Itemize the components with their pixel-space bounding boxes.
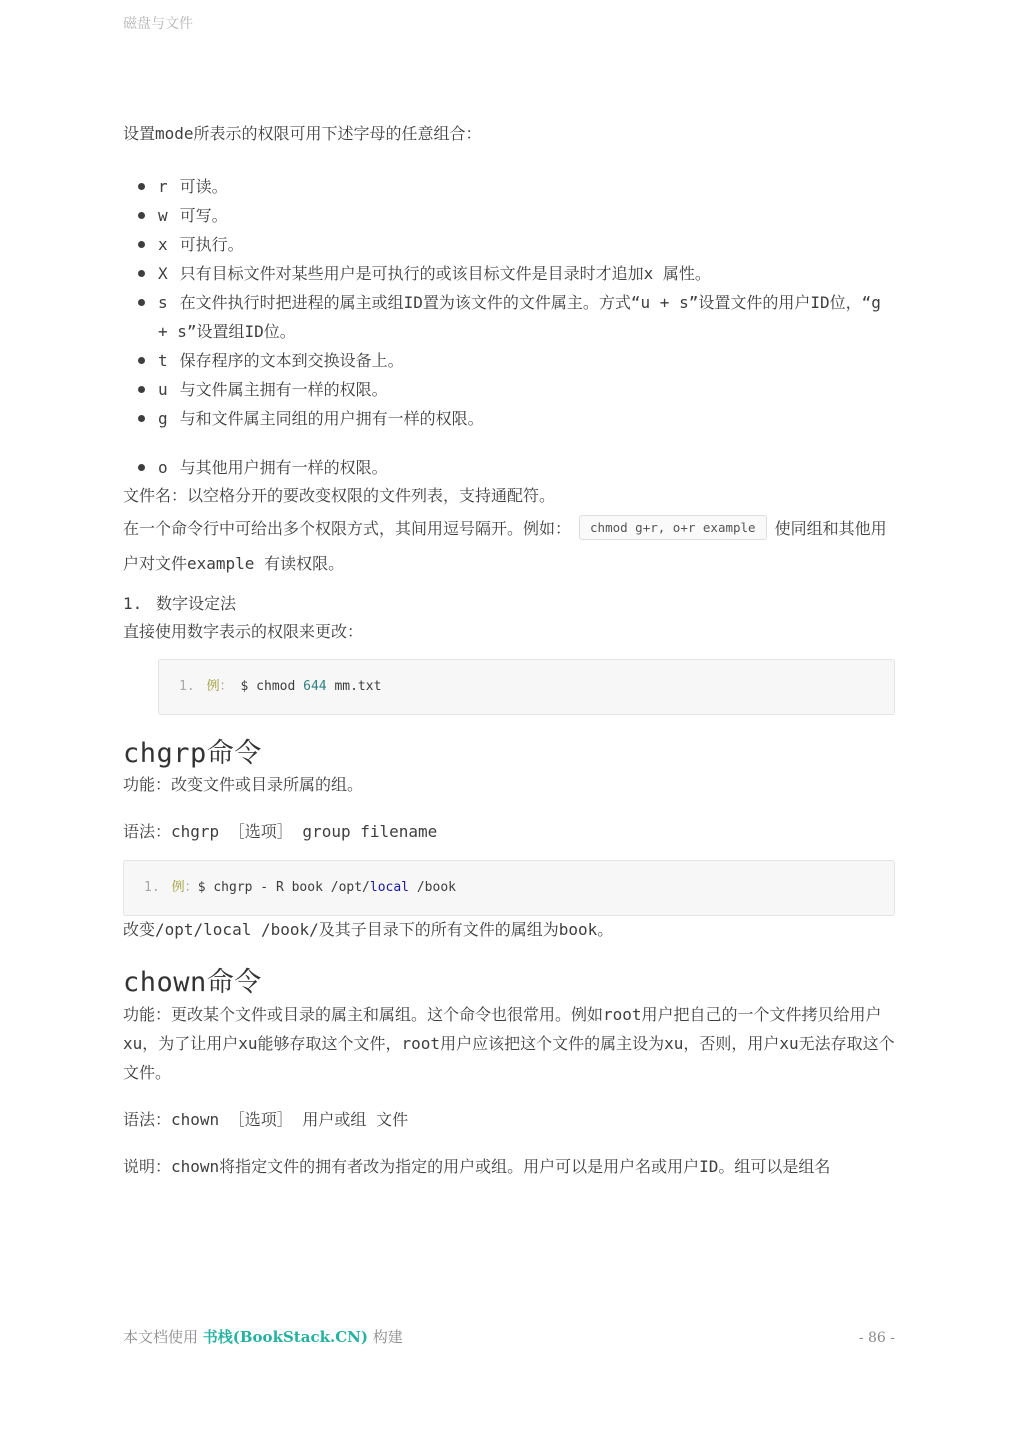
chgrp-section-heading: chgrp命令 — [123, 737, 895, 771]
perm-text: 可读。 — [180, 177, 228, 196]
perm-text: 与和文件属主同组的用户拥有一样的权限。 — [180, 409, 484, 428]
bullet-icon — [138, 299, 145, 306]
bullet-icon — [138, 464, 145, 471]
bullet-icon — [138, 386, 145, 393]
footer-build-credit: 本文档使用 书栈(BookStack.CN) 构建 — [123, 1326, 403, 1347]
filename-note: 文件名：以空格分开的要改变权限的文件列表，支持通配符。 — [123, 482, 895, 510]
digit-note: 直接使用数字表示的权限来更改： — [123, 618, 895, 646]
bullet-icon — [138, 183, 145, 190]
code-token: $ chmod — [233, 679, 303, 694]
list-item: x可执行。 — [123, 230, 895, 259]
code-block-chgrp: 1. 例：$ chgrp - R book /opt/local /book — [123, 860, 895, 916]
bullet-icon — [138, 241, 145, 248]
perm-text: 与其他用户拥有一样的权限。 — [180, 458, 388, 477]
multi-perm-prefix: 在一个命令行中可给出多个权限方式，其间用逗号隔开。例如： — [123, 519, 571, 538]
chgrp-function-line: 功能：改变文件或目录所属的组。 — [123, 771, 895, 799]
page-header-title: 磁盘与文件 — [123, 13, 193, 33]
code-line-number: 1. — [144, 878, 160, 898]
code-token: $ chgrp - R book /opt/ — [198, 880, 370, 895]
main-content: 设置mode所表示的权限可用下述字母的任意组合： r可读。 w可写。 x可执行。… — [123, 120, 895, 1181]
code-line: 例： $ chmod 644 mm.txt — [207, 677, 382, 697]
perm-key: t — [158, 351, 168, 370]
perm-key: r — [158, 177, 168, 196]
code-block-chmod: 1. 例： $ chmod 644 mm.txt — [158, 659, 895, 715]
numbered-item-digit-method: 1. 数字设定法 — [123, 589, 895, 618]
list-item: X只有目标文件对某些用户是可执行的或该目标文件是目录时才追加x 属性。 — [123, 259, 895, 288]
code-line-number: 1. — [179, 677, 195, 697]
bullet-icon — [138, 212, 145, 219]
code-token: ： — [185, 880, 198, 895]
list-item: u与文件属主拥有一样的权限。 — [123, 375, 895, 404]
chown-section-heading: chown命令 — [123, 966, 895, 1000]
perm-key: x — [158, 235, 168, 254]
footer-prefix: 本文档使用 — [123, 1328, 203, 1346]
code-token: 例 — [207, 679, 220, 694]
perm-text: 在文件执行时把进程的属主或组ID置为该文件的文件属主。方式“u + s”设置文件… — [158, 293, 881, 341]
bullet-icon — [138, 270, 145, 277]
code-token: mm.txt — [327, 679, 382, 694]
permission-letter-list: r可读。 w可写。 x可执行。 X只有目标文件对某些用户是可执行的或该目标文件是… — [123, 172, 895, 482]
bullet-icon — [138, 415, 145, 422]
code-token: 例 — [172, 880, 185, 895]
footer-suffix: 构建 — [368, 1328, 403, 1346]
document-page: 磁盘与文件 设置mode所表示的权限可用下述字母的任意组合： r可读。 w可写。… — [0, 0, 1019, 1440]
bullet-icon — [138, 357, 145, 364]
list-item: r可读。 — [123, 172, 895, 201]
code-token: local — [370, 880, 409, 895]
code-token: 644 — [303, 679, 326, 694]
perm-key: s — [158, 293, 168, 312]
chgrp-syntax-line: 语法：chgrp ［选项］ group filename — [123, 817, 895, 846]
code-line: 例：$ chgrp - R book /opt/local /book — [172, 878, 456, 898]
perm-text: 可写。 — [180, 206, 228, 225]
chown-function-paragraph: 功能：更改某个文件或目录的属主和属组。这个命令也很常用。例如root用户把自己的… — [123, 1000, 895, 1087]
perm-text: 与文件属主拥有一样的权限。 — [180, 380, 388, 399]
code-token: ： — [220, 679, 233, 694]
chown-syntax-line: 语法：chown ［选项］ 用户或组 文件 — [123, 1105, 895, 1134]
perm-text: 保存程序的文本到交换设备上。 — [180, 351, 404, 370]
perm-key: w — [158, 206, 168, 225]
numbered-item-marker: 1. — [123, 589, 156, 618]
bookstack-link[interactable]: 书栈(BookStack.CN) — [203, 1328, 368, 1346]
chown-note-paragraph: 说明：chown将指定文件的拥有者改为指定的用户或组。用户可以是用户名或用户ID… — [123, 1152, 895, 1181]
perm-key: o — [158, 458, 168, 477]
numbered-item-label: 数字设定法 — [156, 589, 236, 618]
inline-code-chmod-example: chmod g+r, o+r example — [579, 515, 767, 540]
list-item: t保存程序的文本到交换设备上。 — [123, 346, 895, 375]
page-footer: 本文档使用 书栈(BookStack.CN) 构建 - 86 - — [123, 1326, 895, 1347]
list-item: s在文件执行时把进程的属主或组ID置为该文件的文件属主。方式“u + s”设置文… — [123, 288, 895, 346]
list-item: w可写。 — [123, 201, 895, 230]
perm-text: 只有目标文件对某些用户是可执行的或该目标文件是目录时才追加x 属性。 — [180, 264, 711, 283]
perm-key: u — [158, 380, 168, 399]
chgrp-result-note: 改变/opt/local /book/及其子目录下的所有文件的属组为book。 — [123, 916, 895, 944]
page-number: - 86 - — [859, 1330, 895, 1346]
perm-key: g — [158, 409, 168, 428]
perm-key: X — [158, 264, 168, 283]
list-item: o与其他用户拥有一样的权限。 — [123, 453, 895, 482]
list-item: g与和文件属主同组的用户拥有一样的权限。 — [123, 404, 895, 433]
multi-permission-paragraph: 在一个命令行中可给出多个权限方式，其间用逗号隔开。例如：chmod g+r, o… — [123, 510, 895, 581]
code-token: /book — [409, 880, 456, 895]
perm-text: 可执行。 — [180, 235, 244, 254]
intro-paragraph: 设置mode所表示的权限可用下述字母的任意组合： — [123, 120, 895, 148]
